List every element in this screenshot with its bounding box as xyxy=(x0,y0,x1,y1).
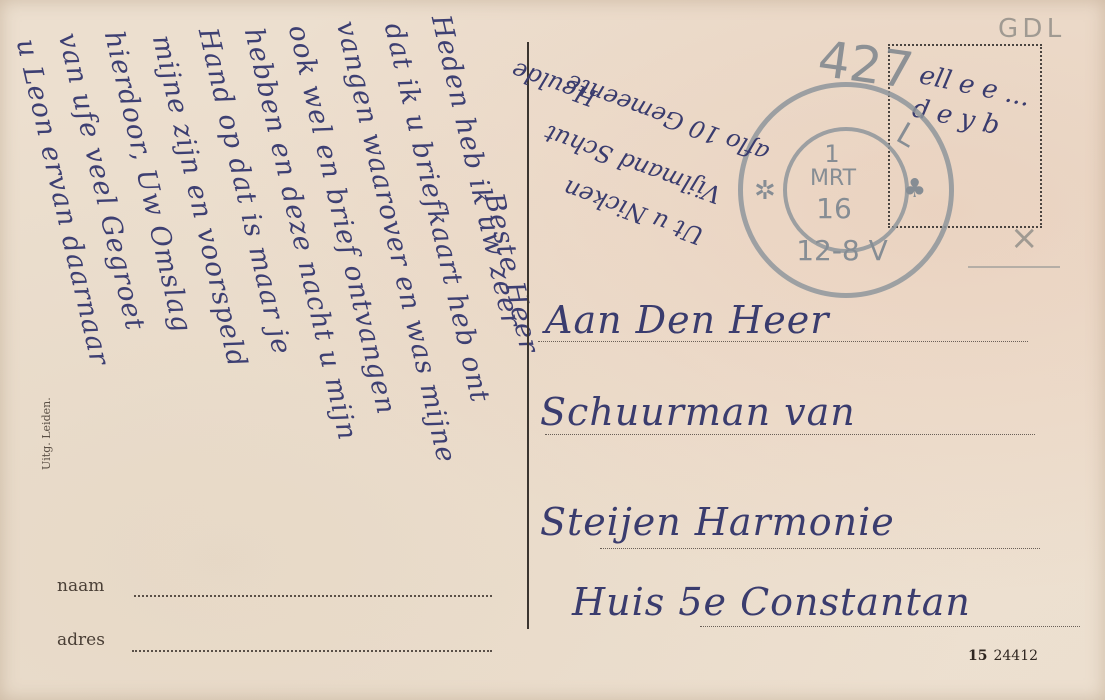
address-dotted-line xyxy=(700,626,1080,627)
publisher-imprint: Uitg. Leiden. xyxy=(40,397,53,470)
center-divider xyxy=(527,42,529,629)
pencil-mark-cross: × xyxy=(1010,218,1039,258)
postmark-star-left: ✲ xyxy=(754,176,776,206)
postmark-day: 1 xyxy=(812,140,852,168)
form-label-name: naam xyxy=(57,576,104,596)
address-line: Schuurman van xyxy=(540,390,856,434)
address-line: Steijen Harmonie xyxy=(540,500,895,544)
address-line: Aan Den Heer xyxy=(545,298,829,342)
form-line-address xyxy=(132,650,492,652)
pencil-underline xyxy=(968,266,1060,268)
postmark-year: 16 xyxy=(810,192,858,225)
postcard-back: Beste Heer Heden heb ik uw zeer dat ik u… xyxy=(0,0,1105,700)
postmark-clover-right: ♣ xyxy=(903,174,926,204)
serial-prefix: 15 xyxy=(968,648,987,664)
postmark-time: 12-8 V xyxy=(772,234,912,267)
serial-number: 1524412 xyxy=(968,648,1038,664)
pencil-mark-top-right: G D L xyxy=(998,14,1059,44)
form-line-name xyxy=(134,595,492,597)
form-label-address: adres xyxy=(57,630,105,650)
serial-digits: 24412 xyxy=(993,648,1038,664)
address-dotted-line xyxy=(538,341,1028,342)
postmark-month: MRT xyxy=(800,166,866,191)
address-dotted-line xyxy=(545,434,1035,435)
address-dotted-line xyxy=(600,548,1040,549)
address-line: Huis 5e Constantan xyxy=(572,580,971,624)
